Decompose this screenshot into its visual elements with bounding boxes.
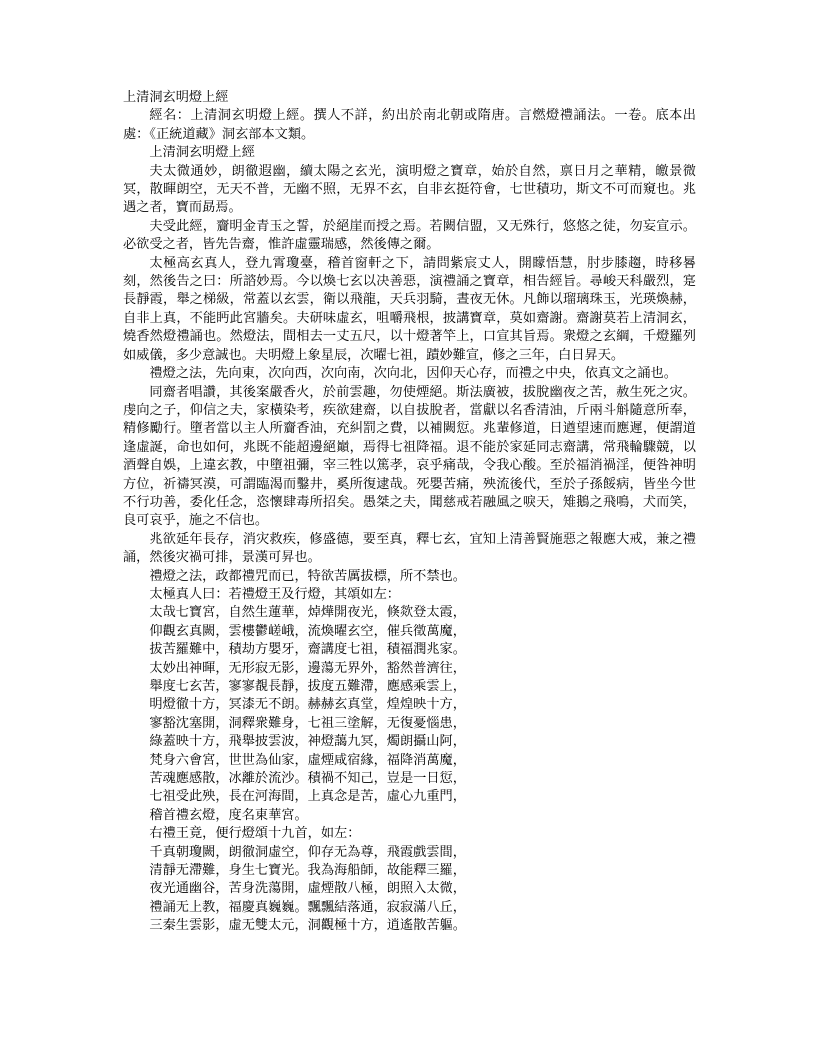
document-page: 上清洞玄明燈上經 經名：上清洞玄明燈上經。撰人不詳，約出於南北朝或隋唐。言燃燈禮… (0, 0, 816, 1056)
verse-line: 梵身六會宮，世世為仙家，虛煙咸宿緣，福降消萬魔， (123, 751, 696, 769)
paragraph-7: 禮燈之法，政都禮咒而已，特欲苦厲拔標，所不禁也。 (123, 567, 696, 585)
colophon: 經名：上清洞玄明燈上經。撰人不詳，約出於南北朝或隋唐。言燃燈禮誦法。一卷。底本出… (123, 106, 696, 143)
section-title: 上清洞玄明燈上經 (123, 143, 696, 161)
document-title: 上清洞玄明燈上經 (123, 88, 696, 106)
verse-line: 寥豁沈塞開，洞釋衆難身，七祖三塗解，无復憂惱患， (123, 714, 696, 732)
paragraph-6: 兆欲延年長存，消灾救疾，修盛德，要至真，釋七玄，宜知上清善賢施惡之報應大戒，兼之… (123, 530, 696, 567)
verse-line: 七祖受此殃，長在河海間，上真念是苦，虛心九重門， (123, 787, 696, 805)
verse-block-2: 千真朝瓊闕，朗徹洞虛空，仰存无為尊，飛霞戲雲間， 清靜无滯難，身生七寶光。我為海… (123, 843, 696, 935)
verse-line: 千真朝瓊闕，朗徹洞虛空，仰存无為尊，飛霞戲雲間， (123, 843, 696, 861)
paragraph-2: 夫受此經，齎明金青玉之誓，於絕崖而授之焉。若闕信盟，又无殊行，悠悠之徒，勿妄宣示… (123, 217, 696, 254)
verse-line: 稽首禮玄燈，度名東華宮。 (123, 806, 696, 824)
paragraph-5: 同齋者唱讚，其後案嚴香火，於前雲趣，勿使煙絕。斯法廣被，拔脫幽夜之苦，赦生死之灾… (123, 383, 696, 530)
verse-line: 仰觀玄真闕，雲樓鬱嵯峨，流煥曜玄空，催兵徵萬魔， (123, 622, 696, 640)
verse-line: 苦魂應感散，冰離於流沙。積禍不知己，豈是一日愆， (123, 769, 696, 787)
verse-line: 明燈徹十方，冥漆无不朗。赫赫玄真堂，煌煌映十方， (123, 695, 696, 713)
paragraph-1: 夫太微通妙，朗徹遐幽，續太陽之玄光，演明燈之寶章，始於自然，禀日月之華精，皦景微… (123, 162, 696, 217)
verse-line: 太妙出神暉，无形寂无影，邊蕩无界外，豁然普濟往， (123, 659, 696, 677)
verse-line: 清靜无滯難，身生七寶光。我為海船師，故能釋三羅， (123, 861, 696, 879)
verse-line: 三秦生雲影，虛无雙太元，洞觀極十方，逍遙散苦軀。 (123, 916, 696, 934)
verse1-intro: 太極真人曰：若禮燈王及行燈，其頌如左： (123, 585, 696, 603)
verse-line: 綠蓋映十方，飛舉披雲波，神燈藹九冥，燭朗攝山阿， (123, 732, 696, 750)
verse-line: 太哉七寶宮，自然生蓮華，焯燁開夜光，倏欻登太霞， (123, 603, 696, 621)
verse-line: 舉度七玄苦，寥寥覩長靜，拔度五難滯，應感乘雲上， (123, 677, 696, 695)
verse-line: 禮誦无上教，福慶真巍巍。飄飄結落通，寂寂滿八丘， (123, 898, 696, 916)
verse-line: 拔苦羅難中，積劫方嬰牙，齋講度七祖，積福潤兆家。 (123, 640, 696, 658)
paragraph-3: 太極高玄真人，登九霄瓊臺，稽首窗軒之下，請問紫宸丈人，開矇悟慧，肘步膝趨，時移晷… (123, 254, 696, 364)
verse2-intro: 右禮王竟，便行燈頌十九首，如左： (123, 824, 696, 842)
verse-block-1: 太哉七寶宮，自然生蓮華，焯燁開夜光，倏欻登太霞， 仰觀玄真闕，雲樓鬱嵯峨，流煥曜… (123, 603, 696, 824)
paragraph-4: 禮燈之法，先向東，次向西，次向南，次向北，因仰天心存，而禮之中央，依真文之誦也。 (123, 364, 696, 382)
verse-line: 夜光通幽谷，苦身洗蕩開，虛煙散八極，朗照入太微， (123, 879, 696, 897)
